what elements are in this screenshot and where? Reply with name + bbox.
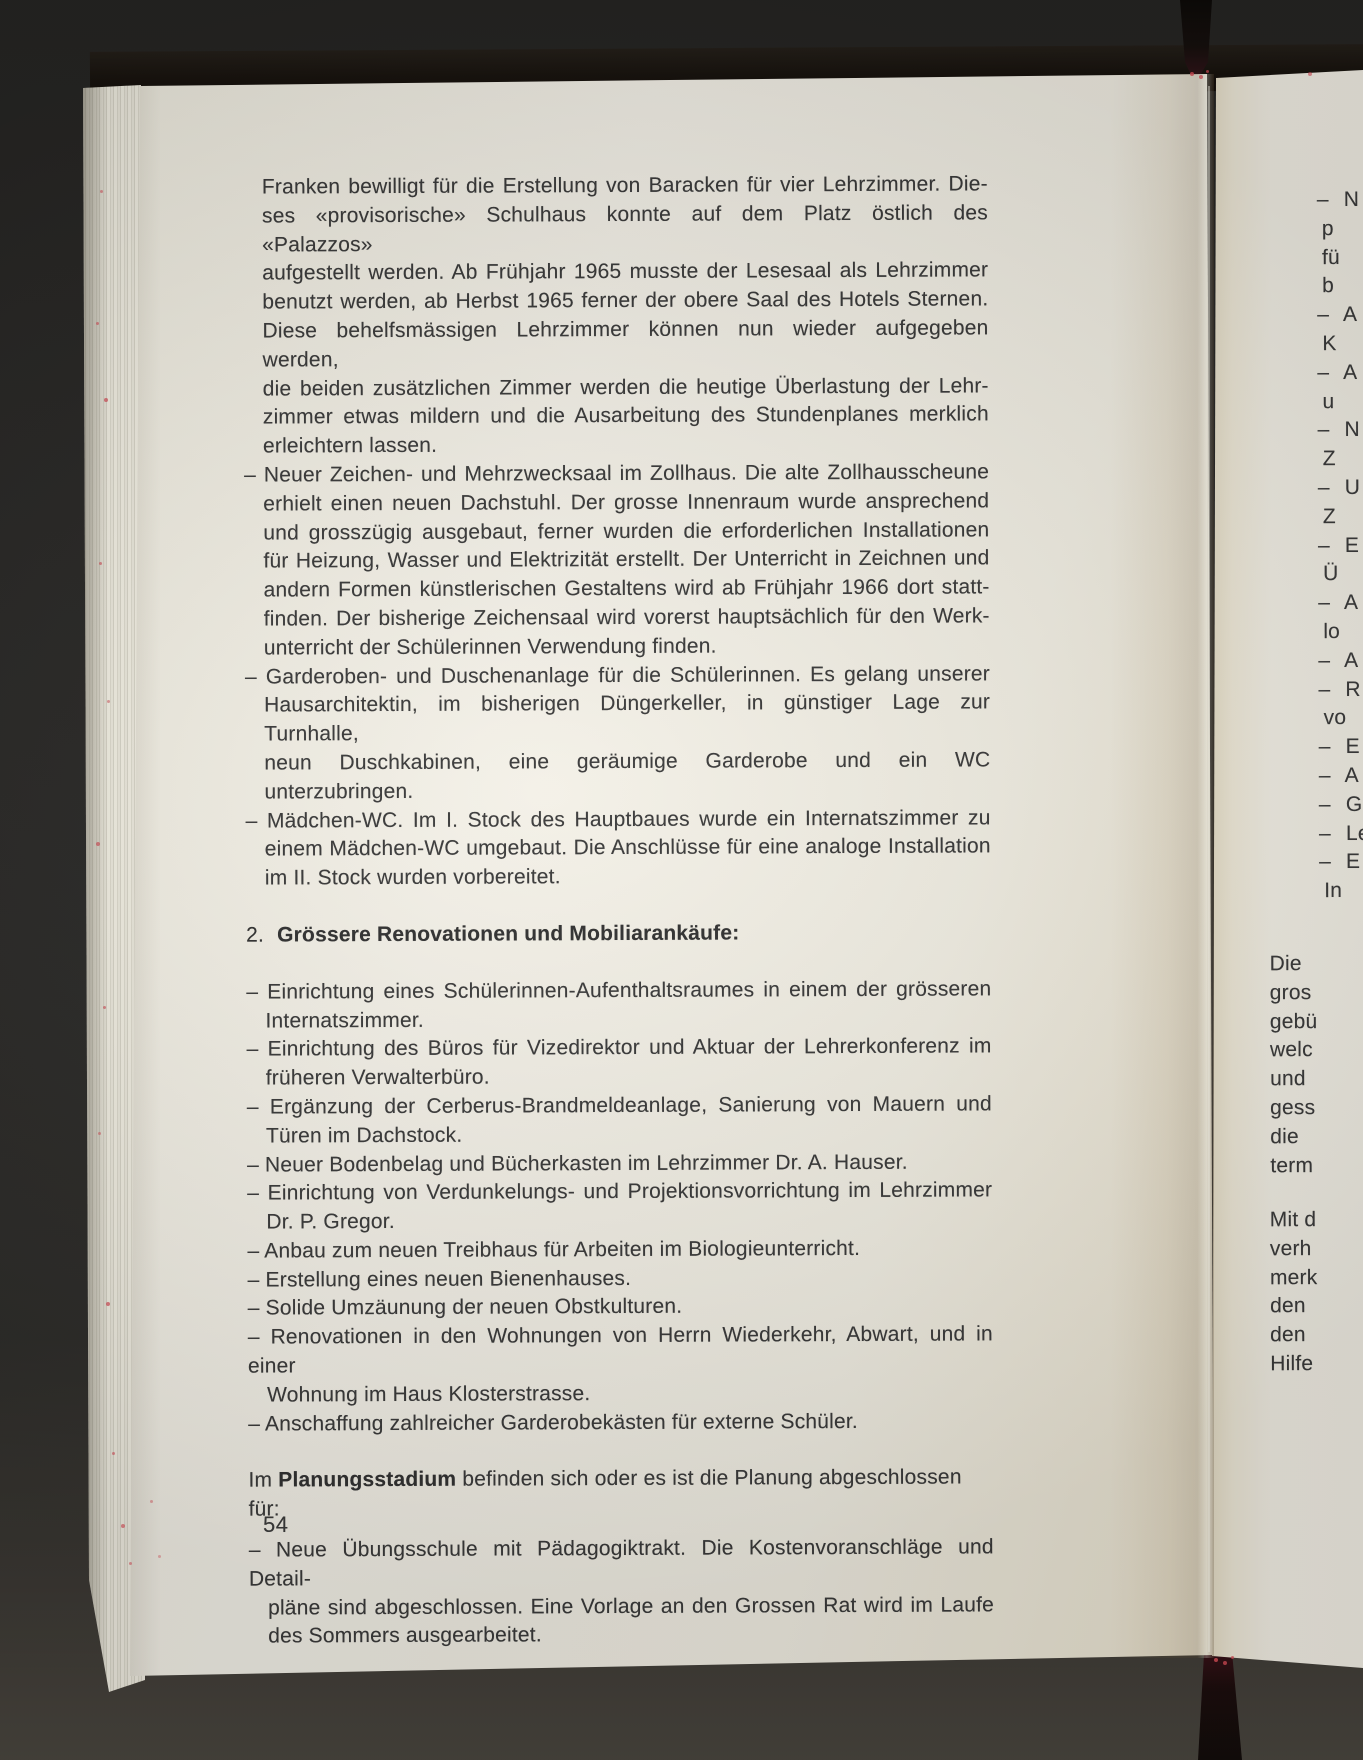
text-line-fragment: vo [1319,704,1363,733]
text-line: für Heizung, Wasser und Elektrizität ers… [244,545,989,577]
text-block-item: – Mädchen-WC. Im I. Stock des Hauptbaues… [246,804,991,894]
text-line-fragment: – E [1318,531,1363,560]
text-line-fragment: – Le [1319,819,1363,848]
text-line-fragment: term [1270,1151,1363,1180]
text-line-fragment: b [1317,272,1363,301]
text-line-fragment: welc [1270,1036,1363,1065]
text-line: – Garderoben- und Duschenanlage für die … [245,660,990,692]
text-line-fragment: K [1317,330,1363,359]
text-line-fragment: – N [1318,416,1363,445]
text-line-fragment: merk [1270,1263,1363,1292]
text-line: erleichtern lassen. [244,430,989,462]
text-line-fragment: den [1270,1321,1363,1350]
text-line: – Neuer Bodenbelag und Bücherkasten im L… [247,1148,992,1180]
text-block-item: – Einrichtung eines Schülerinnen-Aufenth… [246,975,991,1036]
text-block-item: – Einrichtung von Verdunkelungs- und Pro… [247,1177,992,1238]
right-page-list-fragments: – Npfüb– AK– Au– NZ– UZ– EÜ– Alo– A– Rvo… [1317,186,1363,906]
text-line-fragment: – A [1317,359,1363,388]
text-block-item: – Neue Übungsschule mit Pädagogiktrakt. … [249,1533,994,1651]
text-line: – Ergänzung der Cerberus-Brandmeldeanlag… [247,1090,992,1122]
text-line-fragment: – A [1318,589,1363,618]
text-block-item: – Renovationen in den Wohnungen von Herr… [248,1321,993,1411]
text-block-item: – Neuer Bodenbelag und Bücherkasten im L… [247,1148,992,1180]
text-line: – Anschaffung zahlreicher Garderobekäste… [248,1407,993,1439]
book-photo: Franken bewilligt für die Erstellung von… [0,0,1363,1760]
text-line: im II. Stock wurden vorbereitet. [246,862,991,894]
text-line-fragment: u [1317,387,1363,416]
text-line: einem Mädchen-WC umgebaut. Die Anschlüss… [246,833,991,865]
text-block-item: – Solide Umzäunung der neuen Obstkulture… [248,1292,993,1324]
page-number: 54 [263,1512,288,1538]
text-line-fragment: verh [1270,1235,1363,1264]
text-block-item: – Garderoben- und Duschenanlage für die … [245,660,991,807]
text-line: Internatszimmer. [246,1004,991,1036]
text-block-item: – Anbau zum neuen Treibhaus für Arbeiten… [247,1234,992,1266]
text-line-fragment: – U [1318,474,1363,503]
text-line-fragment: – A [1318,647,1363,676]
text-line-fragment: den [1270,1292,1363,1321]
text-line: aufgestellt werden. Ab Frühjahr 1965 mus… [243,257,988,289]
text-line: – Einrichtung von Verdunkelungs- und Pro… [247,1177,992,1209]
text-line-fragment: Ü [1318,560,1363,589]
text-line: früheren Verwalterbüro. [247,1061,992,1093]
text-line-fragment: gros [1270,979,1363,1008]
text-line: – Einrichtung des Büros für Vizedirektor… [247,1033,992,1065]
text-line: Franken bewilligt für die Erstellung von… [243,170,988,202]
text-line: neun Duschkabinen, eine geräumige Garder… [245,746,990,807]
text-line: Diese behelfsmässigen Lehrzimmer können … [243,314,988,375]
text-line: – Erstellung eines neuen Bienenhauses. [248,1263,993,1295]
text-line-fragment: Z [1318,445,1363,474]
text-line: – Mädchen-WC. Im I. Stock des Hauptbaues… [246,804,991,836]
text-block-item: – Erstellung eines neuen Bienenhauses. [248,1263,993,1295]
text-line: zimmer etwas mildern und die Ausarbeitun… [244,401,989,433]
text-line-fragment: In [1319,877,1363,906]
text-line: Dr. P. Gregor. [247,1205,992,1237]
text-line-fragment: – E [1319,848,1363,877]
text-line: ses «provisorische» Schulhaus konnte auf… [243,199,988,260]
text-line-fragment: Z [1318,503,1363,532]
text-line: die beiden zusätzlichen Zimmer werden di… [244,372,989,404]
text-line-fragment: die [1270,1123,1363,1152]
text-line: und grosszügig ausgebaut, ferner wurden … [244,516,989,548]
text-block-continuation: Franken bewilligt für die Erstellung von… [243,170,989,461]
text-line: – Renovationen in den Wohnungen von Herr… [248,1321,993,1382]
text-line-fragment: – A [1317,301,1363,330]
left-page-text: Franken bewilligt für die Erstellung von… [243,170,994,1651]
text-line: benutzt werden, ab Herbst 1965 ferner de… [243,286,988,318]
text-line: Türen im Dachstock. [247,1119,992,1151]
text-line: unterricht der Schülerinnen Verwendung f… [245,631,990,663]
text-line: pläne sind abgeschlossen. Eine Vorlage a… [249,1591,994,1623]
heading-number: 2. [246,921,277,950]
text-line-fragment: gebü [1270,1007,1363,1036]
paragraph-text: Im [248,1469,278,1492]
text-block-item: – Neuer Zeichen- und Mehrzwecksaal im Zo… [244,458,990,663]
text-line-fragment: Hilfe [1270,1350,1363,1379]
text-block-item: – Anschaffung zahlreicher Garderobekäste… [248,1407,993,1439]
text-line: – Einrichtung eines Schülerinnen-Aufenth… [246,975,991,1007]
spine-tail-bottom [1196,1650,1244,1760]
text-line-fragment: Die [1270,950,1363,979]
text-block-mixed: Im Planungsstadium befinden sich oder es… [248,1464,993,1525]
text-line-fragment: – A [1319,762,1363,791]
text-line: erhielt einen neuen Dachstuhl. Der gross… [244,487,989,519]
heading-text: Grössere Renovationen und Mobiliarankäuf… [277,921,739,946]
right-page-paragraph-1: Diegrosgebüwelcundgessdieterm [1270,950,1363,1181]
text-line: finden. Der bisherige Zeichensaal wird v… [245,602,990,634]
text-line-fragment: und [1270,1065,1363,1094]
bold-keyword: Planungsstadium [278,1468,456,1492]
text-line-fragment: fü [1317,244,1363,273]
text-line: andern Formen künstlerischen Gestaltens … [245,574,990,606]
text-line: Hausarchitektin, im bisherigen Düngerkel… [245,689,990,750]
right-page-paragraph-2: Mit dverhmerkdendenHilfe [1270,1206,1363,1379]
text-line: des Sommers ausgearbeitet. [249,1620,994,1652]
text-block-item: – Ergänzung der Cerberus-Brandmeldeanlag… [247,1090,992,1151]
text-line-fragment: p [1317,215,1363,244]
text-line-fragment: – E [1319,733,1363,762]
text-line-fragment: lo [1318,618,1363,647]
text-line: – Anbau zum neuen Treibhaus für Arbeiten… [247,1234,992,1266]
text-line: Wohnung im Haus Klosterstrasse. [248,1378,993,1410]
text-line: – Solide Umzäunung der neuen Obstkulture… [248,1292,993,1324]
text-line-fragment: – N [1317,186,1363,215]
text-line-fragment: Mit d [1270,1206,1363,1235]
text-line-fragment: – R [1318,675,1363,704]
text-line: – Neue Übungsschule mit Pädagogiktrakt. … [249,1533,994,1594]
text-block-item: – Einrichtung des Büros für Vizedirektor… [247,1033,992,1094]
text-line-fragment: – G [1319,791,1363,820]
text-line-fragment: gess [1270,1094,1363,1123]
text-block-heading: 2.Grössere Renovationen und Mobiliarankä… [246,918,991,950]
text-line: – Neuer Zeichen- und Mehrzwecksaal im Zo… [244,458,989,490]
